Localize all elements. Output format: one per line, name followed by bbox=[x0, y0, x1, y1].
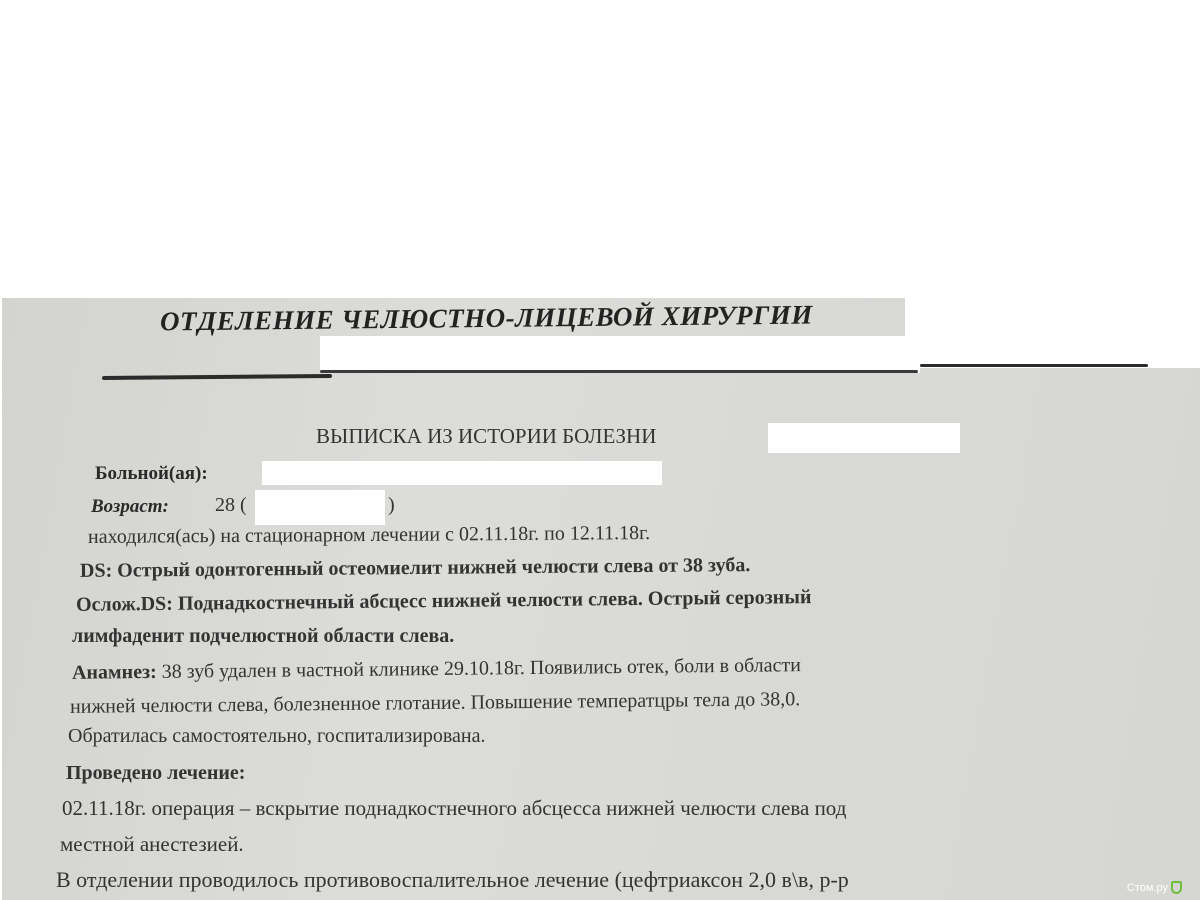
age-close-paren: ) bbox=[388, 494, 395, 517]
stay-period: находился(ась) на стационарном лечении с… bbox=[88, 522, 650, 549]
tooth-icon bbox=[1171, 881, 1182, 894]
complication-label: Ослож.DS: bbox=[76, 593, 173, 616]
patient-label: Больной(ая): bbox=[95, 463, 208, 485]
treatment-line-3: В отделении проводилось противовоспалите… bbox=[56, 867, 849, 893]
age-label: Возраст: bbox=[91, 496, 169, 518]
watermark-text: Стом.ру bbox=[1127, 882, 1168, 894]
redacted-birthdate bbox=[255, 490, 385, 525]
site-watermark: Стом.ру bbox=[1127, 881, 1182, 894]
redacted-record-number bbox=[768, 423, 960, 453]
header-rule-right bbox=[920, 364, 1148, 367]
treatment-label: Проведено лечение: bbox=[66, 762, 245, 785]
complication-line-2: лимфаденит подчелюстной области слева. bbox=[72, 625, 454, 648]
treatment-line-2: местной анестезией. bbox=[60, 832, 244, 857]
anamnesis-label: Анамнез: bbox=[72, 661, 157, 684]
header-rule-middle bbox=[320, 370, 918, 373]
blank-top-area bbox=[0, 0, 1200, 298]
diagnosis-label: DS: bbox=[80, 560, 112, 582]
treatment-line-1: 02.11.18г. операция – вскрытие поднадкос… bbox=[62, 796, 846, 821]
blank-top-right-area bbox=[905, 298, 1200, 368]
diagnosis-text: Острый одонтогенный остеомиелит нижней ч… bbox=[117, 554, 750, 582]
redacted-block bbox=[320, 336, 920, 373]
anamnesis-line-3: Обратилась самостоятельно, госпитализиро… bbox=[68, 725, 485, 748]
age-value: 28 ( bbox=[215, 494, 247, 517]
redacted-patient-name bbox=[262, 461, 662, 485]
document-title: ВЫПИСКА ИЗ ИСТОРИИ БОЛЕЗНИ bbox=[316, 424, 656, 449]
